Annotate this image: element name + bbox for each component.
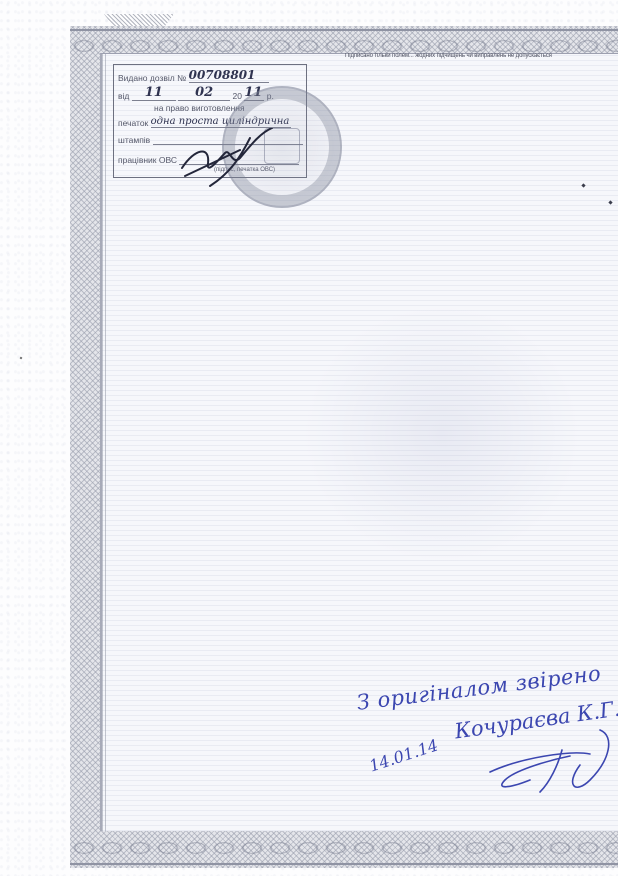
permit-number: 00708801 xyxy=(189,68,256,82)
date-prefix: від xyxy=(118,91,129,101)
watermark xyxy=(302,304,582,564)
date-month: 02 xyxy=(195,85,213,100)
seal-label: печаток xyxy=(118,118,148,128)
scan-mark xyxy=(20,357,23,360)
official-label: працівник ОВС xyxy=(118,155,177,165)
issued-label: Видано дозвіл № xyxy=(118,73,186,83)
purpose-label: на право виготовлення xyxy=(154,103,245,113)
date-century: 20 xyxy=(233,91,242,101)
date-day: 11 xyxy=(145,85,163,100)
certifier-signature xyxy=(470,710,618,800)
border-wave-bottom xyxy=(70,838,618,858)
official-signature xyxy=(180,128,280,188)
permit-number-row: Видано дозвіл № 00708801 xyxy=(118,68,269,83)
stamp-label: штампів xyxy=(118,135,150,145)
header-note: Підписано тільки полем... жодних підчище… xyxy=(345,53,585,59)
